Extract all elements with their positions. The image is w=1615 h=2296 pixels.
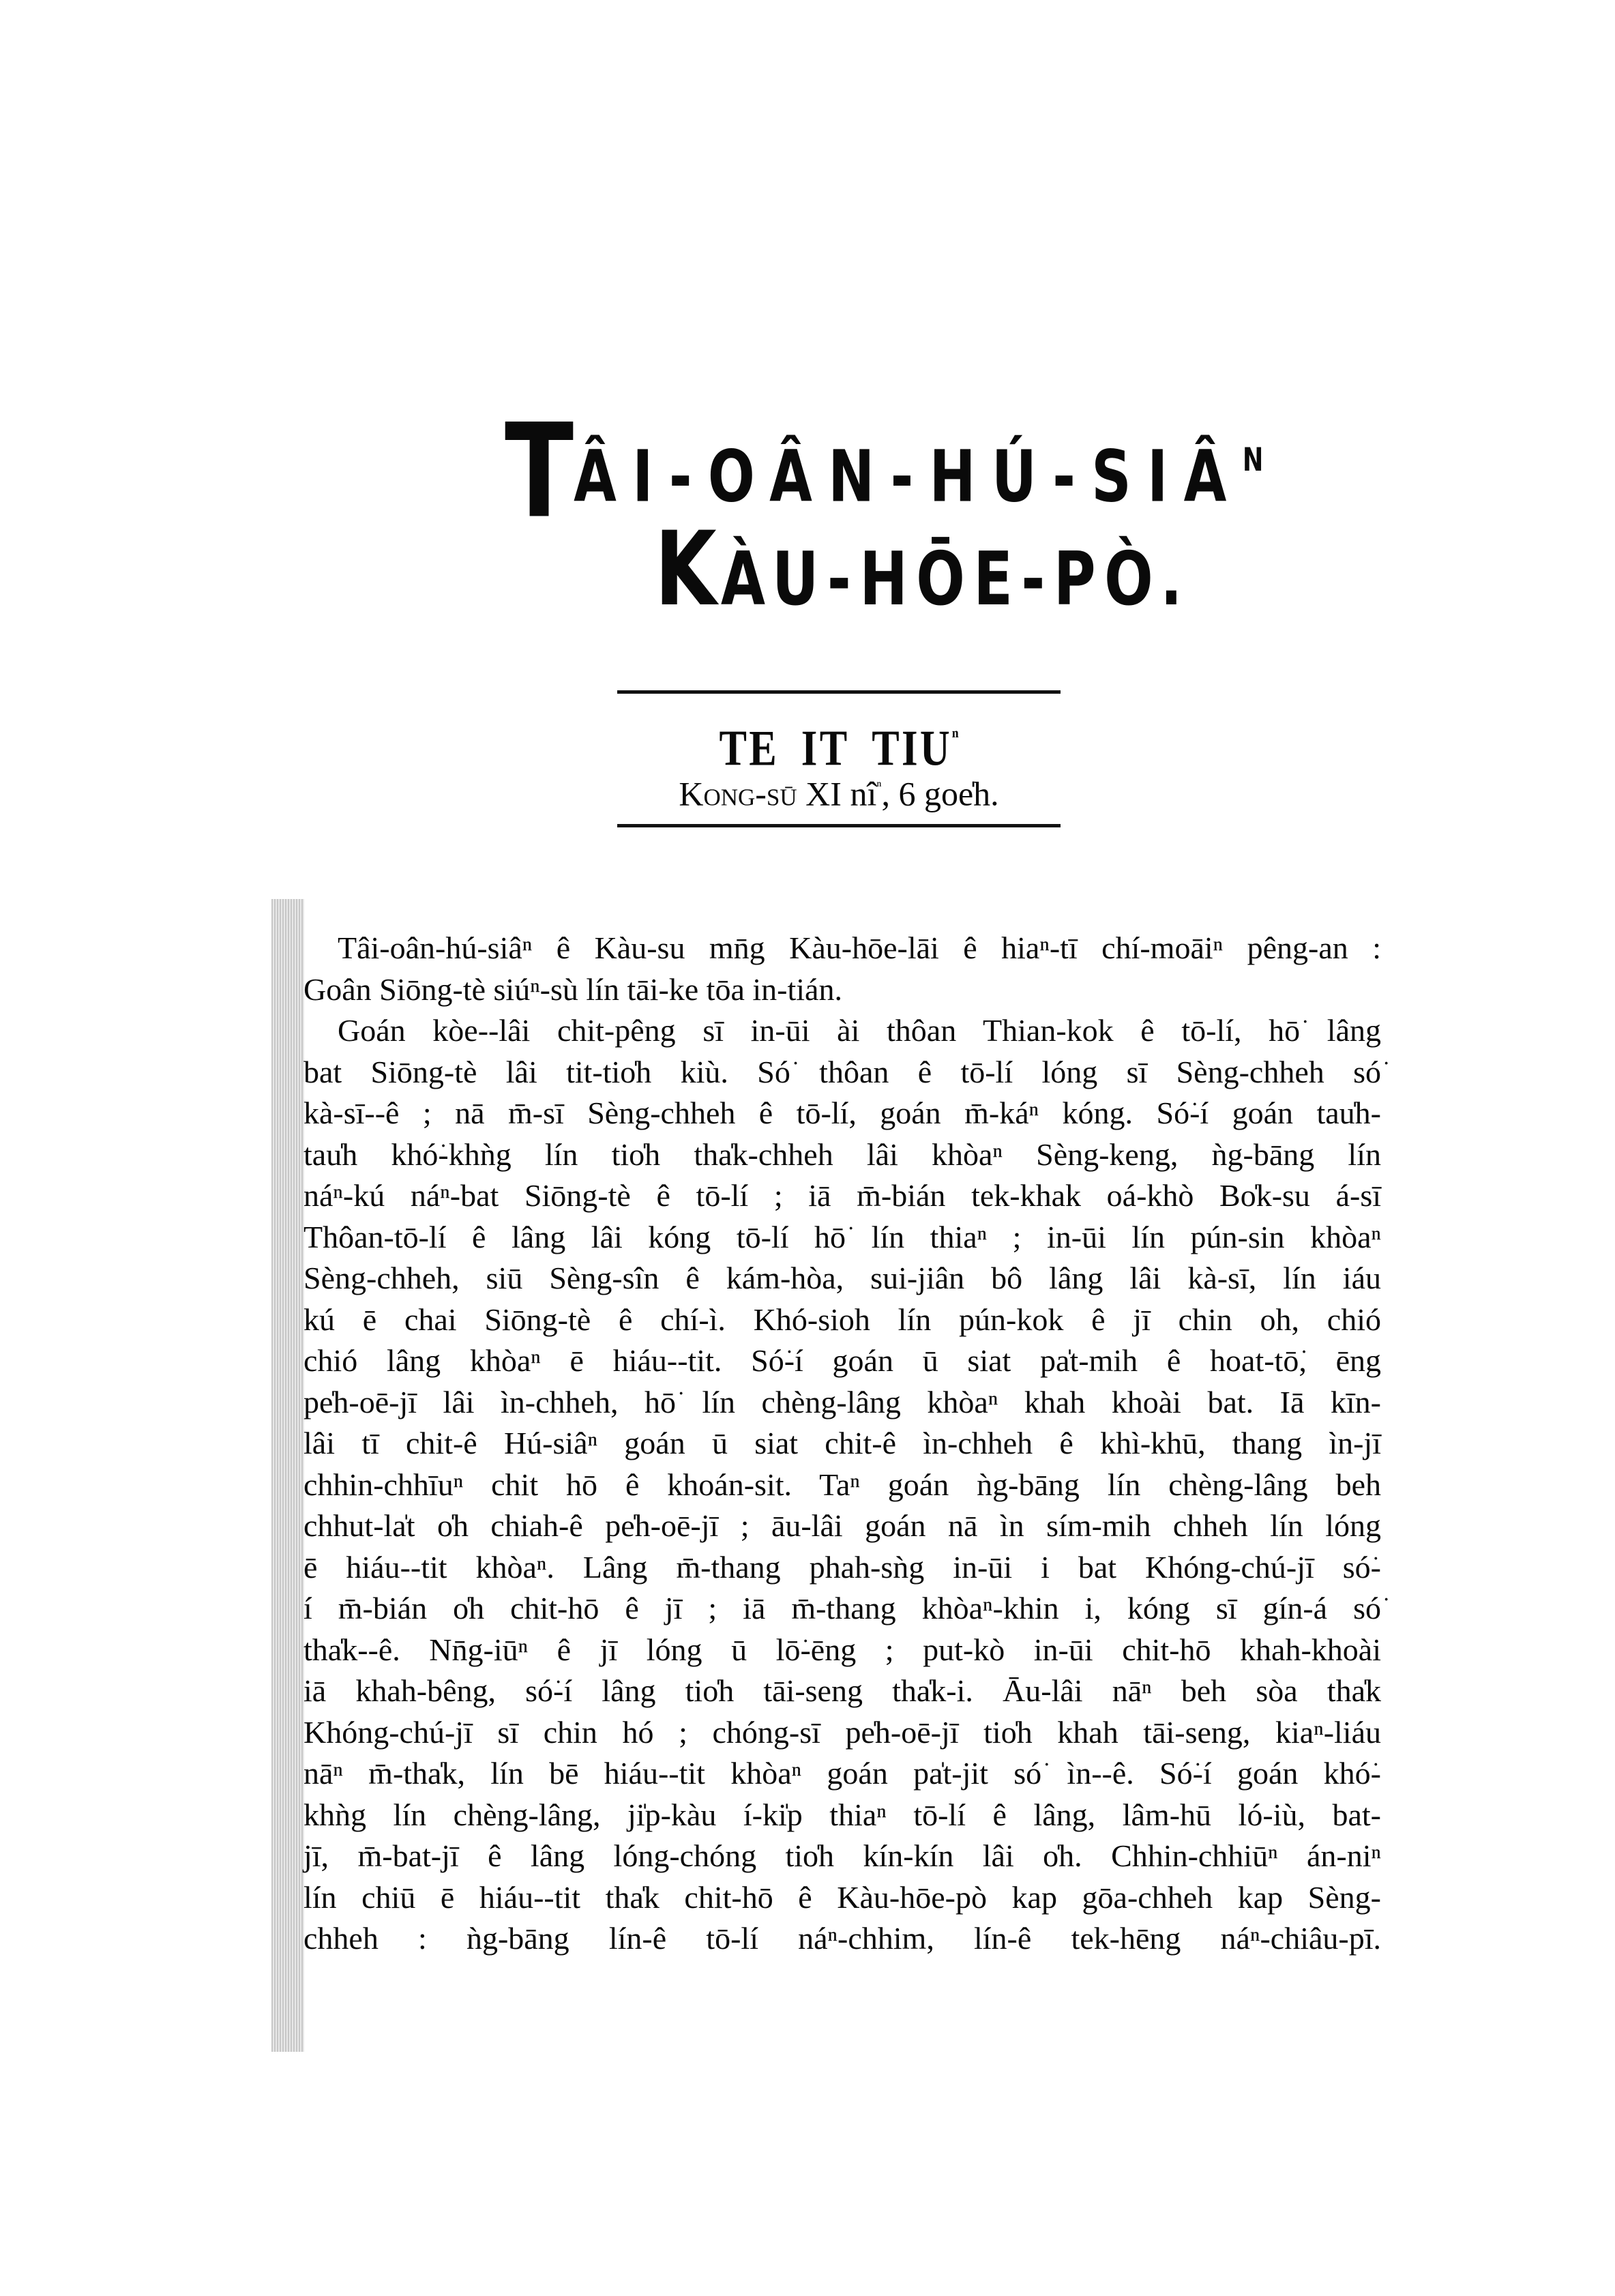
- body-line: jī, m̄-bat-jī ê lâng lóng-chóng tio̍h kí…: [303, 1836, 1381, 1877]
- body-line: Khóng-chú-jī sī chin hó ; chóng-sī pe̍h-…: [303, 1712, 1381, 1754]
- masthead-title-line2-text: ÀU-HŌE-PÒ.: [721, 537, 1191, 622]
- masthead-title-line2: KÀU-HŌE-PÒ.: [655, 518, 1134, 631]
- scan-binding-shadow: [271, 899, 304, 2052]
- body-line: tha̍k--ê. Nn̄g-iūⁿ ê jī lóng ū lō͘-ēng ;…: [303, 1630, 1381, 1671]
- body-line: chheh : ǹg-bāng lín-ê tō-lí náⁿ-chhim, l…: [303, 1918, 1381, 1960]
- body-line: pe̍h-oē-jī lâi ìn-chheh, hō͘ lín chèng-l…: [303, 1382, 1381, 1424]
- issue-heading-superscript: ⁿ: [952, 724, 958, 749]
- body-line: chhin-chhīuⁿ chit hō ê khoán-sit. Taⁿ go…: [303, 1465, 1381, 1506]
- body-line: bat Siōng-tè lâi tit-tio̍h kiù. Só͘ thôa…: [303, 1052, 1381, 1093]
- body-line: kú ē chai Siōng-tè ê chí-ì. Khó-sioh lín…: [303, 1299, 1381, 1341]
- body-line: Goán kòe--lâi chit-pêng sī in-ūi ài thôa…: [303, 1010, 1381, 1052]
- body-line: nāⁿ m̄-tha̍k, lín bē hiáu--tit khòaⁿ goá…: [303, 1753, 1381, 1795]
- body-line: chhut-la̍t o̍h chiah-ê pe̍h-oē-jī ; āu-l…: [303, 1505, 1381, 1547]
- body-line: Goân Siōng-tè siúⁿ-sù lín tāi-ke tōa in-…: [303, 969, 1381, 1011]
- issue-date: Kong-sū XI nîⁿ, 6 goe̍h.: [617, 765, 1061, 814]
- body-line: tau̍h khó͘-khǹg lín tio̍h tha̍k-chheh lâ…: [303, 1134, 1381, 1176]
- issue-date-era: Kong-sū: [679, 774, 797, 812]
- scanned-page: TÂI-OÂN-HÚ-SIÂN KÀU-HŌE-PÒ. TEITTIUⁿ Kon…: [0, 0, 1615, 2296]
- body-line: Tâi-oân-hú-siâⁿ ê Kàu-su mn̄g Kàu-hōe-lā…: [303, 928, 1381, 969]
- body-line: í m̄-bián o̍h chit-hō ê jī ; iā m̄-thang…: [303, 1588, 1381, 1630]
- body-line: lâi tī chit-ê Hú-siâⁿ goán ū siat chit-ê…: [303, 1423, 1381, 1465]
- issue-date-year: XI: [805, 774, 842, 812]
- body-line: iā khah-bêng, só͘-í lâng tio̍h tāi-seng …: [303, 1671, 1381, 1712]
- masthead-title-line1: TÂI-OÂN-HÚ-SIÂN: [505, 409, 1143, 527]
- body-line: náⁿ-kú náⁿ-bat Siōng-tè ê tō-lí ; iā m̄-…: [303, 1175, 1381, 1217]
- body-line: Thôan-tō-lí ê lâng lâi kóng tō-lí hō͘ lí…: [303, 1217, 1381, 1259]
- body-line: lín chiū ē hiáu--tit tha̍k chit-hō ê Kàu…: [303, 1877, 1381, 1919]
- masthead-title-line1-text: ÂI-OÂN-HÚ-SIÂ: [574, 435, 1243, 518]
- issue-date-ni: nî: [850, 774, 876, 812]
- masthead-title-superscript: N: [1243, 442, 1264, 479]
- body-line: Sèng-chheh, siū Sèng-sîn ê kám-hòa, sui-…: [303, 1258, 1381, 1299]
- body-line: khǹg lín chèng-lâng, ji̍p-kàu í-ki̍p thi…: [303, 1795, 1381, 1836]
- body-line: ē hiáu--tit khòaⁿ. Lâng m̄-thang phah-sǹ…: [303, 1547, 1381, 1589]
- masthead-initial-letter: T: [505, 396, 574, 546]
- divider-rule-bottom: [617, 824, 1061, 827]
- body-line: kà-sī--ê ; nā m̄-sī Sèng-chheh ê tō-lí, …: [303, 1093, 1381, 1134]
- article-body: Tâi-oân-hú-siâⁿ ê Kàu-su mn̄g Kàu-hōe-lā…: [303, 928, 1381, 2001]
- issue-date-rest: , 6 goe̍h.: [881, 774, 998, 812]
- masthead-line2-initial-letter: K: [655, 510, 721, 629]
- body-line: [303, 1960, 1381, 2001]
- divider-rule-top: [617, 690, 1061, 694]
- body-line: chió lâng khòaⁿ ē hiáu--tit. Só͘-í goán …: [303, 1340, 1381, 1382]
